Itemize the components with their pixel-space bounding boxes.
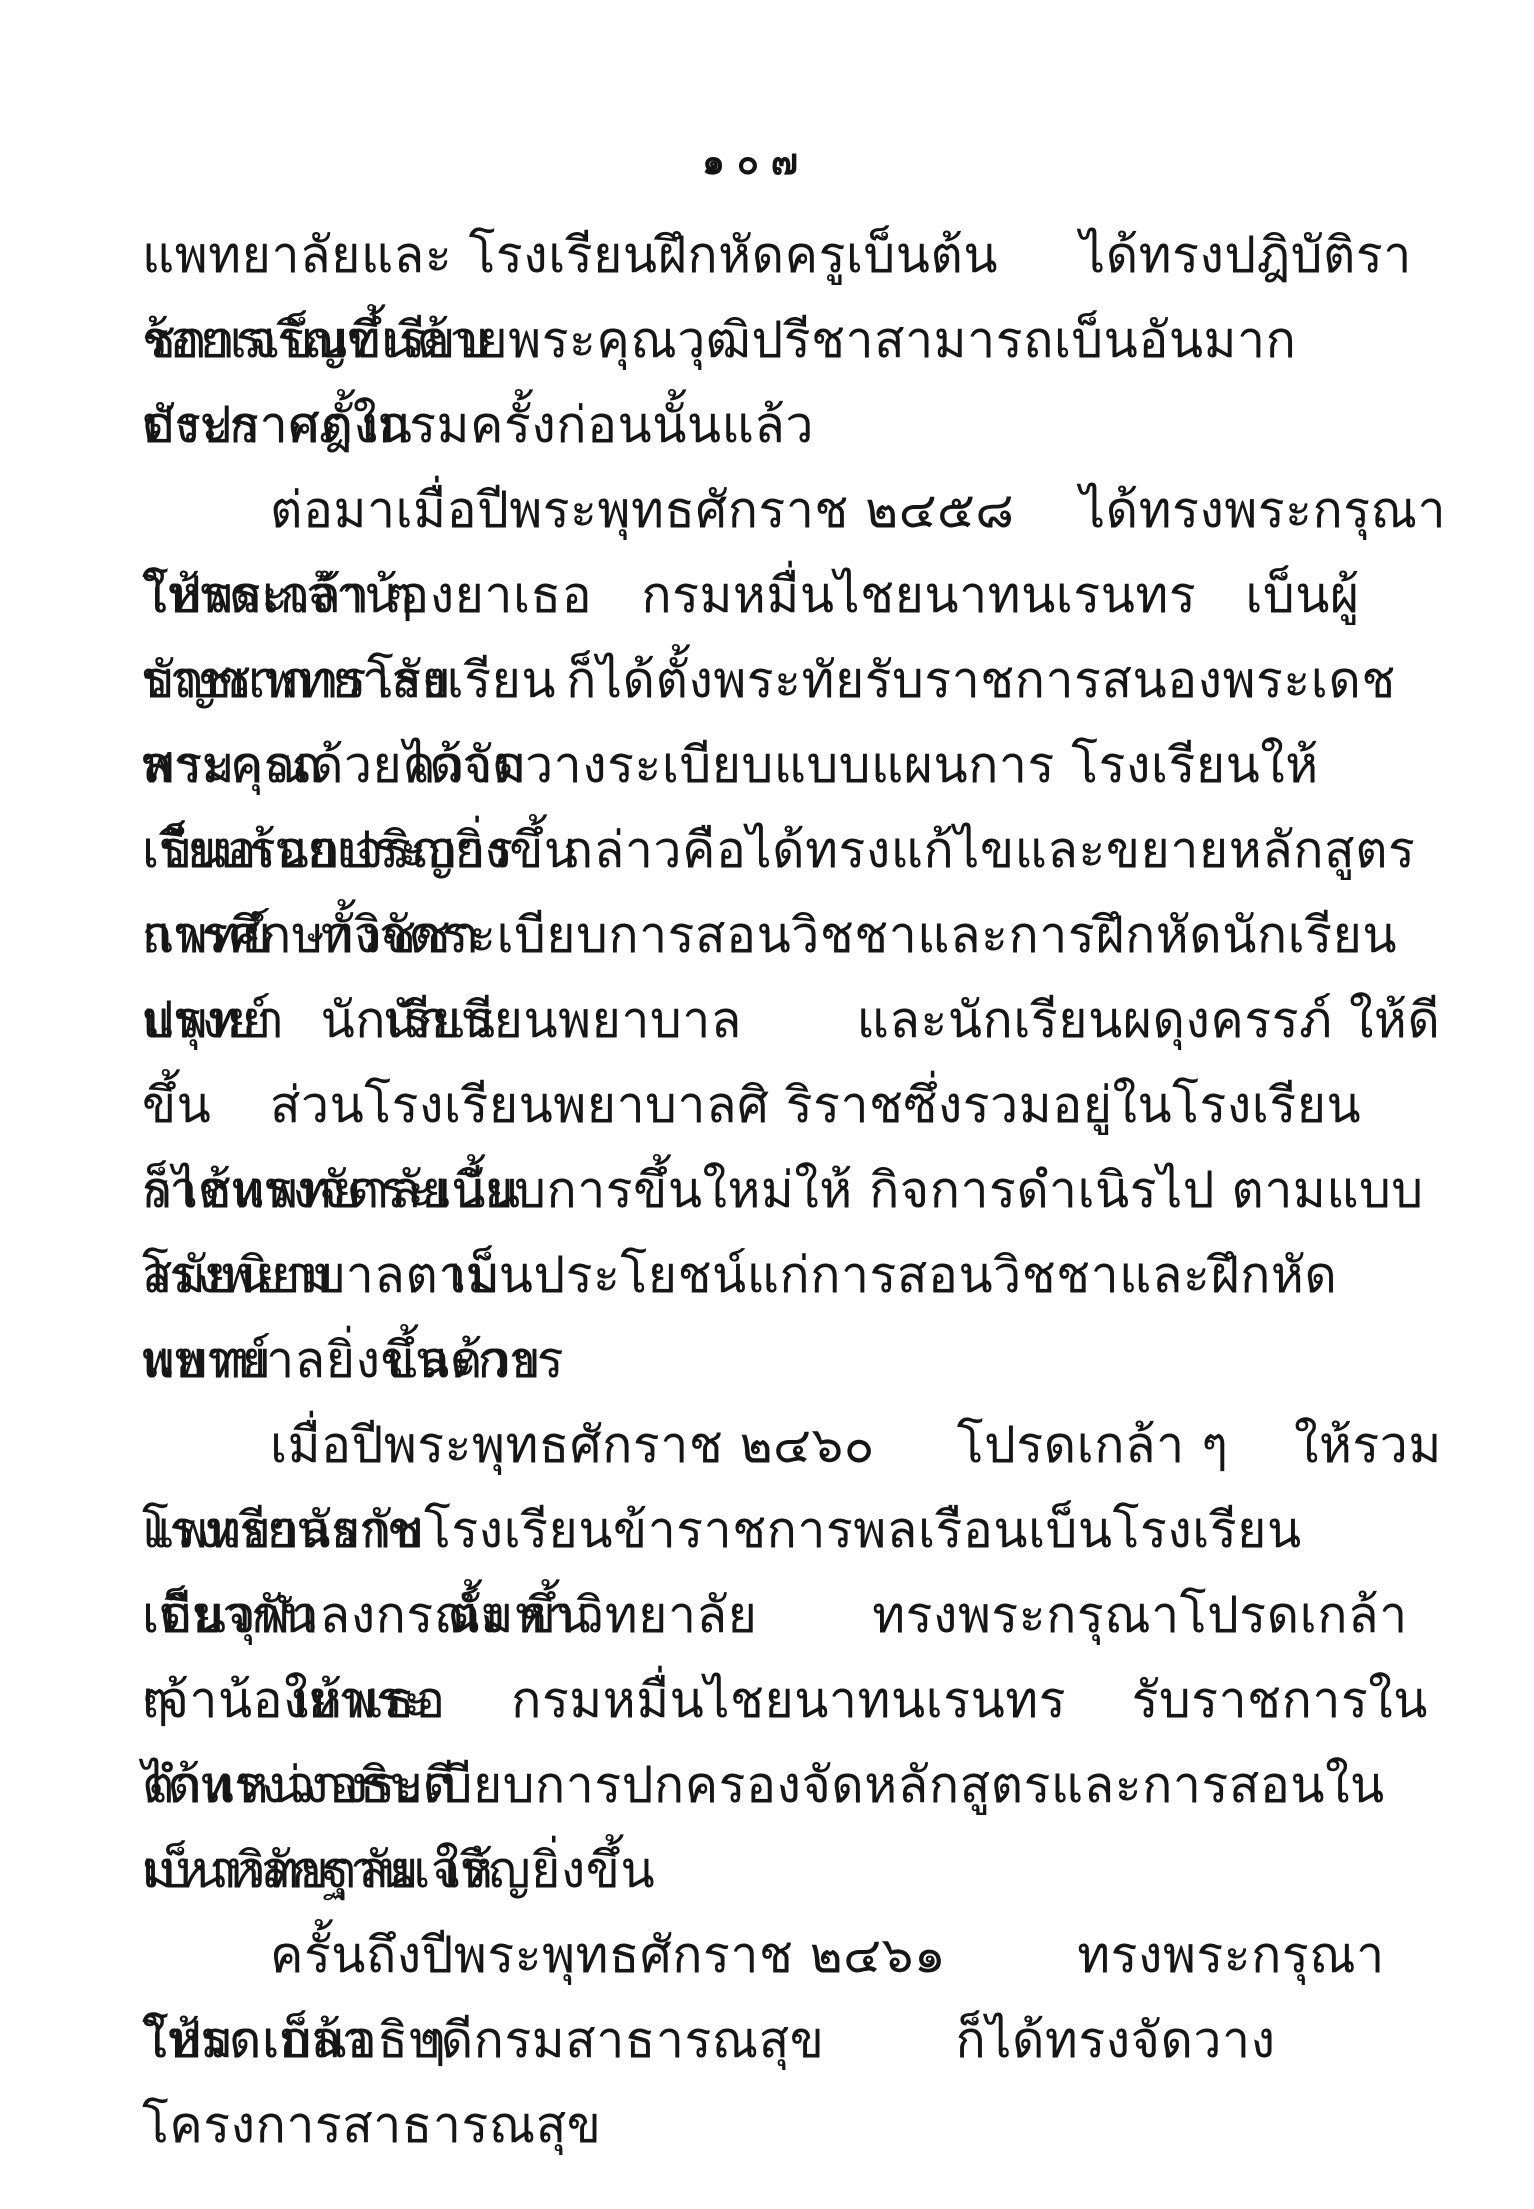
text-line: เบ็นหลักฐานเจริญยิ่งขึ้น — [142, 1828, 1447, 1913]
text-line: ปรุงยา นักเรียนพยาบาล และนักเรียนผดุงครร… — [142, 978, 1447, 1063]
text-line: ได้ทรงวางระเบียบการปกครองจัดหลักสูตรและก… — [142, 1743, 1447, 1828]
text-line: ให้พระเจ้าน้องยาเธอ กรมหมื่นไชยนาทนเรนทร… — [142, 553, 1447, 638]
scanned-page: ๑๐๗ แพทยาลัยและ โรงเรียนฝึกหัดครูเบ็นต้น… — [0, 0, 1534, 2209]
text-line: เบ็นอเนกประการ กล่าวคือได้ทรงแก้ไขและขยา… — [142, 808, 1447, 893]
text-line: สมัยนิยม เบ็นประโยชน์แก่การสอนวิชชาและฝึ… — [142, 1233, 1447, 1318]
text-line: แพทย์ ทั้งจัดระเบียบการสอนวิชชาและการฝึก… — [142, 893, 1447, 978]
text-line: ร้อยเจริญขึ้นด้วยพระคุณวุฒิปรีชาสามารถเบ… — [142, 298, 1447, 383]
text-line: สามารถ ได้จัดวางระเบียบแบบแผนการ โรงเรีย… — [142, 723, 1447, 808]
text-line: เบ็นจุฬาลงกรณ์มหาวิทยาลัย ทรงพระกรุณาโปร… — [142, 1573, 1447, 1658]
text-line: พยาบาลยิ่งขึ้นด้วย — [142, 1318, 1447, 1403]
text-line: เมื่อปีพระพุทธศักราช ๒๔๖๐ โปรดเกล้า ๆ ให… — [142, 1403, 1447, 1488]
page-number: ๑๐๗ — [0, 133, 1512, 190]
text-line: ก็ได้ทรงจัดระเบียบการขึ้นใหม่ให้ กิจการด… — [142, 1148, 1447, 1233]
page-text-block: แพทยาลัยและ โรงเรียนฝึกหัดครูเบ็นต้น ได้… — [142, 213, 1447, 2083]
text-line: ครั้นถึงปีพระพุทธศักราช ๒๔๖๑ ทรงพระกรุณา… — [142, 1913, 1447, 1998]
text-line: ต่อมาเมื่อปีพระพุทธศักราช ๒๔๕๘ ได้ทรงพระ… — [142, 468, 1447, 553]
text-line: แพทยาลัยกับโรงเรียนข้าราชการพลเรือนเบ็นโ… — [142, 1488, 1447, 1573]
text-line: ให้มาเบ็นอธิบดีกรมสาธารณสุข ก็ได้ทรงจัดว… — [142, 1998, 1447, 2083]
text-line: ราชแพทยาลัย ก็ได้ตั้งพระทัยรับราชการสนอง… — [142, 638, 1447, 723]
text-line: ส่วนโรงเรียนพยาบาลศิ ริราชซึ่งรวมอยู่ในโ… — [142, 1063, 1447, 1148]
text-line: ประกาศตั้งกรมครั้งก่อนนั้นแล้ว — [142, 383, 1447, 468]
text-line: แพทยาลัยและ โรงเรียนฝึกหัดครูเบ็นต้น ได้… — [142, 213, 1447, 298]
text-line: เจ้าน้องยาเธอ กรมหมื่นไชยนาทนเรนทร รับรา… — [142, 1658, 1447, 1743]
